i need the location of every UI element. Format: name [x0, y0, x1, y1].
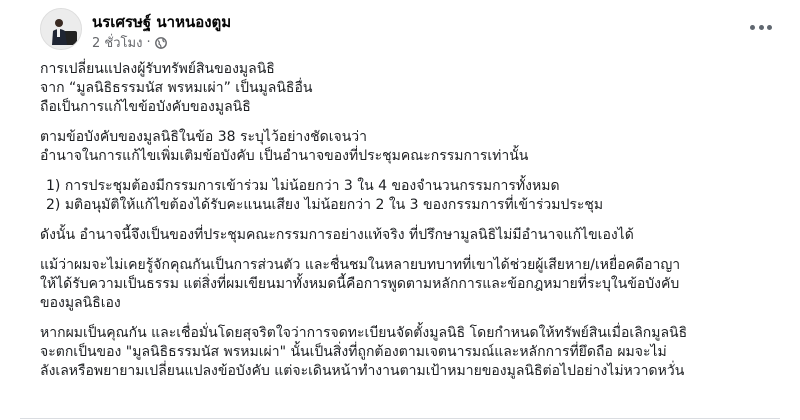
post-divider: [20, 418, 780, 419]
author-name[interactable]: นรเศรษฐ์ นาหนองตูม: [92, 10, 231, 34]
post-meta: 2 ชั่วโมง ·: [92, 32, 167, 53]
text-line: การเปลี่ยนแปลงผู้รับทรัพย์สินของมูลนิธิ: [40, 60, 770, 79]
globe-icon[interactable]: [155, 37, 167, 49]
list-item: 2) มติอนุมัติให้แก้ไขต้องได้รับคะแนนเสีย…: [46, 196, 770, 215]
paragraph-closing: หากผมเป็นคุณกัน และเชื่อมั่นโดยสุจริตใจว…: [40, 324, 770, 381]
more-options-button[interactable]: [750, 20, 772, 34]
text-line: ของมูลนิธิเอง: [40, 294, 770, 313]
more-options-icon: [759, 25, 764, 30]
more-options-icon: [750, 25, 755, 30]
meta-separator: ·: [146, 35, 150, 50]
text-line: ลังเลหรือพยายามเปลี่ยนแปลงข้อบังคับ แต่จ…: [40, 362, 770, 381]
post-timestamp[interactable]: 2 ชั่วโมง: [92, 32, 142, 53]
text-line: ดังนั้น อำนาจนี้จึงเป็นของที่ประชุมคณะกร…: [40, 226, 770, 245]
more-options-icon: [767, 25, 772, 30]
post-header: นรเศรษฐ์ นาหนองตูม 2 ชั่วโมง ·: [40, 6, 780, 52]
text-line: ให้ได้รับความเป็นธรรม แต่สิ่งที่ผมเขียนม…: [40, 275, 770, 294]
paragraph-article-38: ตามข้อบังคับของมูลนิธิในข้อ 38 ระบุไว้อย…: [40, 128, 770, 166]
conditions-list: 1) การประชุมต้องมีกรรมการเข้าร่วม ไม่น้อ…: [40, 177, 770, 215]
avatar-person-icon: [41, 9, 82, 50]
list-item: 1) การประชุมต้องมีกรรมการเข้าร่วม ไม่น้อ…: [46, 177, 770, 196]
text-line: อำนาจในการแก้ไขเพิ่มเติมข้อบังคับ เป็นอำ…: [40, 147, 770, 166]
post-body: การเปลี่ยนแปลงผู้รับทรัพย์สินของมูลนิธิ …: [40, 60, 770, 392]
paragraph-opinion: แม้ว่าผมจะไม่เคยรู้จักคุณกันเป็นการส่วนต…: [40, 256, 770, 313]
text-line: จะตกเป็นของ "มูลนิธิธรรมนัส พรหมเผ่า" นั…: [40, 343, 770, 362]
paragraph-intro: การเปลี่ยนแปลงผู้รับทรัพย์สินของมูลนิธิ …: [40, 60, 770, 117]
paragraph-conclusion: ดังนั้น อำนาจนี้จึงเป็นของที่ประชุมคณะกร…: [40, 226, 770, 245]
text-line: ตามข้อบังคับของมูลนิธิในข้อ 38 ระบุไว้อย…: [40, 128, 770, 147]
text-line: จาก “มูลนิธิธรรมนัส พรหมเผ่า” เป็นมูลนิธ…: [40, 79, 770, 98]
text-line: หากผมเป็นคุณกัน และเชื่อมั่นโดยสุจริตใจว…: [40, 324, 770, 343]
avatar[interactable]: [40, 8, 82, 50]
text-line: แม้ว่าผมจะไม่เคยรู้จักคุณกันเป็นการส่วนต…: [40, 256, 770, 275]
text-line: ถือเป็นการแก้ไขข้อบังคับของมูลนิธิ: [40, 98, 770, 117]
